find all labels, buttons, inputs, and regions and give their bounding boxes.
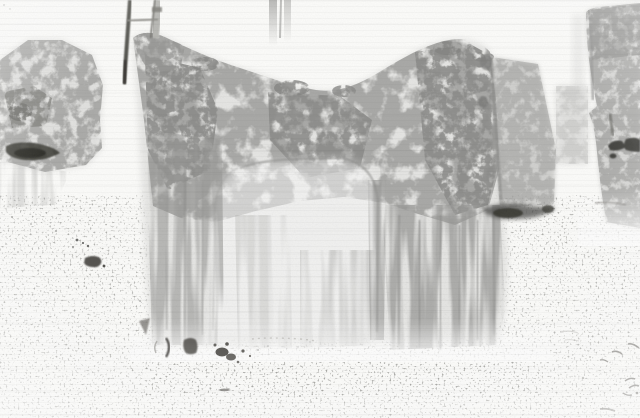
scene-svg (0, 0, 640, 418)
film-grain-overlay (0, 0, 640, 418)
photograph (0, 0, 640, 418)
